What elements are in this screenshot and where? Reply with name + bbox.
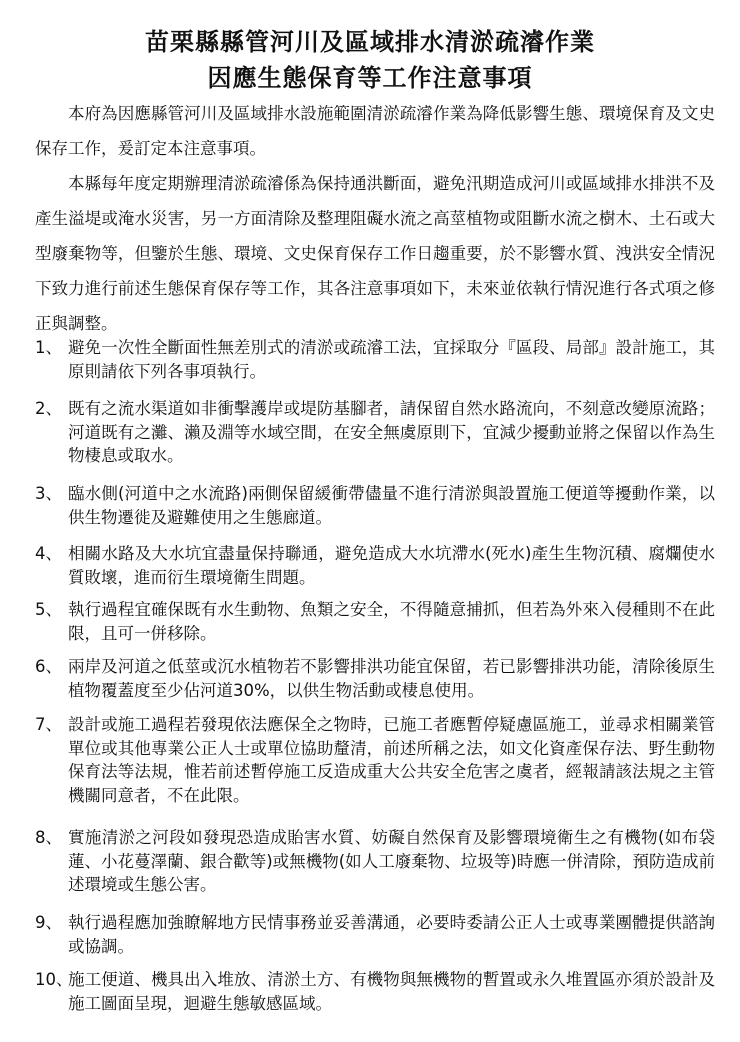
- list-item-text: 施工便道、機具出入堆放、清淤土方、有機物與無機物的暫置或永久堆置區亦須於設計及施…: [68, 968, 715, 1015]
- intro-paragraph: 本府為因應縣管河川及區域排水設施範圍清淤疏濬作業為降低影響生態、環境保育及文史保…: [35, 96, 715, 166]
- list-item-number: 10、: [35, 968, 68, 992]
- list-item-number: 4、: [35, 542, 68, 566]
- list-item-text: 設計或施工過程若發現依法應保全之物時，已施工者應暫停疑慮區施工，並尋求相關業管單…: [68, 713, 715, 807]
- list-item-number: 2、: [35, 397, 68, 421]
- list-item: 7、 設計或施工過程若發現依法應保全之物時，已施工者應暫停疑慮區施工，並尋求相關…: [35, 713, 715, 807]
- list-item: 3、 臨水側(河道中之水流路)兩側保留緩衝帶儘量不進行清淤與設置施工便道等擾動作…: [35, 482, 715, 529]
- document-title-line2: 因應生態保育等工作注意事項: [0, 58, 740, 93]
- list-item-text: 執行過程宜確保既有水生動物、魚類之安全，不得隨意捕抓，但若為外來入侵種則不在此限…: [68, 598, 715, 645]
- list-item-number: 7、: [35, 713, 68, 737]
- background-paragraph: 本縣每年度定期辦理清淤疏濬係為保持通洪斷面，避免汛期造成河川或區域排水排洪不及產…: [35, 166, 715, 341]
- list-item: 10、 施工便道、機具出入堆放、清淤土方、有機物與無機物的暫置或永久堆置區亦須於…: [35, 968, 715, 1015]
- list-item-number: 9、: [35, 911, 68, 935]
- list-item: 1、 避免一次性全斷面性無差別式的清淤或疏濬工法，宜採取分『區段、局部』設計施工…: [35, 336, 715, 383]
- list-item-text: 實施清淤之河段如發現恐造成貽害水質、妨礙自然保育及影響環境衛生之有機物(如布袋蓮…: [68, 826, 715, 897]
- list-item-text: 既有之流水渠道如非衝擊護岸或堤防基腳者，請保留自然水路流向，不刻意改變原流路；河…: [68, 397, 715, 468]
- list-item-number: 5、: [35, 598, 68, 622]
- list-item: 8、 實施清淤之河段如發現恐造成貽害水質、妨礙自然保育及影響環境衛生之有機物(如…: [35, 826, 715, 897]
- list-item-number: 8、: [35, 826, 68, 850]
- list-item: 2、 既有之流水渠道如非衝擊護岸或堤防基腳者，請保留自然水路流向，不刻意改變原流…: [35, 397, 715, 468]
- list-item: 4、 相關水路及大水坑宜盡量保持聯通，避免造成大水坑滯水(死水)產生生物沉積、腐…: [35, 542, 715, 589]
- list-item-number: 6、: [35, 655, 68, 679]
- list-item-text: 相關水路及大水坑宜盡量保持聯通，避免造成大水坑滯水(死水)產生生物沉積、腐爛使水…: [68, 542, 715, 589]
- list-item-text: 臨水側(河道中之水流路)兩側保留緩衝帶儘量不進行清淤與設置施工便道等擾動作業，以…: [68, 482, 715, 529]
- list-item-number: 1、: [35, 336, 68, 360]
- list-item: 9、 執行過程應加強瞭解地方民情事務並妥善溝通，必要時委請公正人士或專業團體提供…: [35, 911, 715, 958]
- list-item: 5、 執行過程宜確保既有水生動物、魚類之安全，不得隨意捕抓，但若為外來入侵種則不…: [35, 598, 715, 645]
- list-item: 6、 兩岸及河道之低莖或沉水植物若不影響排洪功能宜保留，若已影響排洪功能，清除後…: [35, 655, 715, 702]
- list-item-text: 兩岸及河道之低莖或沉水植物若不影響排洪功能宜保留，若已影響排洪功能，清除後原生植…: [68, 655, 715, 702]
- document-title-line1: 苗栗縣縣管河川及區域排水清淤疏濬作業: [0, 22, 740, 57]
- list-item-number: 3、: [35, 482, 68, 506]
- list-item-text: 執行過程應加強瞭解地方民情事務並妥善溝通，必要時委請公正人士或專業團體提供諮詢或…: [68, 911, 715, 958]
- list-item-text: 避免一次性全斷面性無差別式的清淤或疏濬工法，宜採取分『區段、局部』設計施工，其原…: [68, 336, 715, 383]
